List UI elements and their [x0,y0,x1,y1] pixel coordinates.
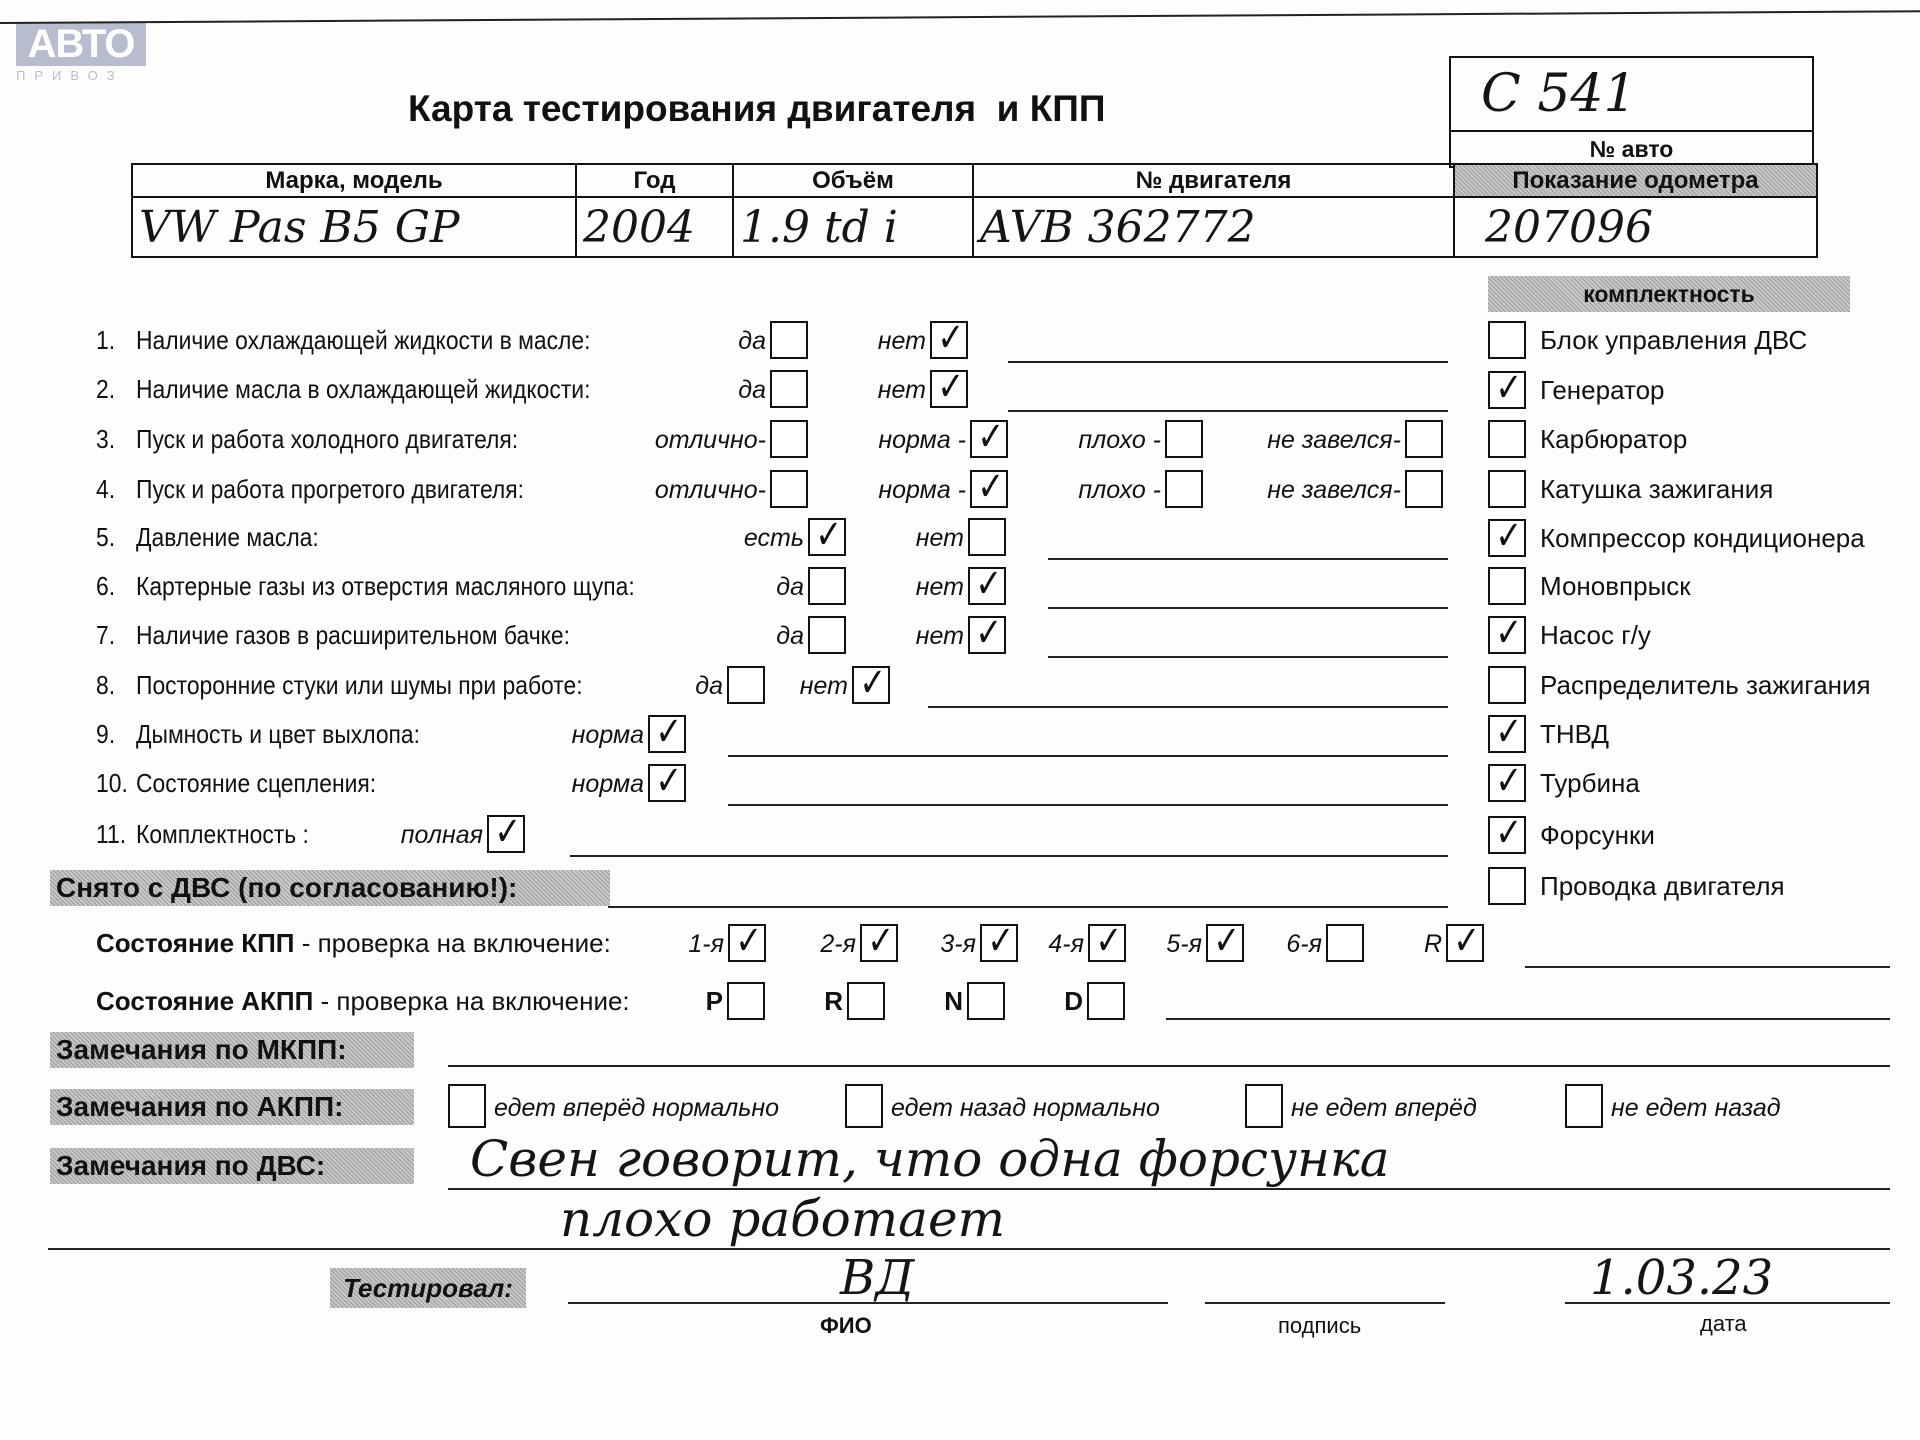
question-number: 5. [96,522,115,553]
value-odometer[interactable]: 207096 [1454,197,1817,257]
option-label: плохо - [1070,476,1161,505]
removed-input-line[interactable] [608,906,1448,908]
option-checkbox[interactable] [970,470,1008,508]
notes-line[interactable] [728,804,1448,806]
akpp-remark-checkbox[interactable] [1245,1084,1283,1128]
header-engine-number: № двигателя [973,164,1454,197]
completeness-item-label: Распределитель зажигания [1540,670,1871,701]
option-label: плохо - [1070,426,1161,455]
question-text: Наличие газов в расширительном бачке: [136,620,570,651]
option-checkbox[interactable] [770,370,808,408]
option-label: отлично- [640,426,766,455]
option-checkbox[interactable] [770,420,808,458]
tester-name-caption: ФИО [820,1313,872,1339]
gear-label: R [1400,930,1442,959]
question-number: 4. [96,474,115,505]
question-number: 1. [96,325,115,356]
notes-line[interactable] [1008,410,1448,412]
option-label: нет [900,573,964,602]
option-checkbox[interactable] [727,666,765,704]
option-checkbox[interactable] [1405,420,1443,458]
tester-name[interactable]: ВД [840,1250,914,1306]
question-number: 2. [96,374,115,405]
top-divider [0,10,1920,24]
mkpp-remarks-line[interactable] [448,1065,1890,1067]
question-text: Состояние сцепления: [136,768,376,799]
question-number: 3. [96,424,115,455]
removed-label: Снято с ДВС (по согласованию!): [50,870,610,906]
completeness-checkbox[interactable] [1488,371,1526,409]
option-label: да [760,573,804,602]
kpp-label: Состояние КПП - проверка на включение: [96,928,611,959]
header-make-model: Марка, модель [132,164,576,197]
question-number: 10. [96,768,128,799]
gear-checkbox[interactable] [1326,924,1364,962]
option-label: есть [728,524,804,553]
akpp-mode-checkbox[interactable] [967,982,1005,1020]
akpp-mode-checkbox[interactable] [727,982,765,1020]
completeness-item-label: Карбюратор [1540,424,1687,455]
akpp-mode-label: P [690,986,723,1017]
option-label: отлично- [640,476,766,505]
akpp-mode-label: R [810,986,843,1017]
date-line [1565,1302,1890,1304]
completeness-header: комплектность [1488,276,1850,312]
completeness-checkbox[interactable] [1488,470,1526,508]
option-label: норма [560,721,644,750]
gear-label: 2-я [800,930,856,959]
completeness-item-label: Компрессор кондиционера [1540,523,1865,554]
completeness-item-label: ТНВД [1540,719,1609,750]
option-checkbox[interactable] [808,567,846,605]
gear-label: 5-я [1160,930,1202,959]
option-label: не завелся- [1255,426,1401,455]
completeness-item-label: Форсунки [1540,820,1655,851]
option-label: да [660,672,723,701]
completeness-item-label: Генератор [1540,375,1665,406]
completeness-item-label: Катушка зажигания [1540,474,1773,505]
gear-label: 3-я [920,930,976,959]
option-label: нет [850,376,926,405]
akpp-remarks-label: Замечания по АКПП: [50,1089,414,1125]
signature-line[interactable] [1205,1302,1445,1304]
completeness-checkbox[interactable] [1488,567,1526,605]
question-text: Пуск и работа холодного двигателя: [136,424,518,455]
option-checkbox[interactable] [648,715,686,753]
gear-checkbox[interactable] [1088,924,1126,962]
option-label: нет [850,327,926,356]
kpp-label-rest: - проверка на включение: [295,928,611,958]
question-text: Комплектность : [136,819,309,850]
date-caption: дата [1700,1311,1747,1337]
option-checkbox[interactable] [808,518,846,556]
notes-line[interactable] [728,755,1448,757]
notes-line[interactable] [1048,607,1448,609]
header-volume: Объём [733,164,973,197]
option-checkbox[interactable] [770,470,808,508]
page-title: Карта тестирования двигателя и КПП [408,88,1105,130]
question-text: Наличие охлаждающей жидкости в масле: [136,325,590,356]
akpp-mode-label: N [930,986,963,1017]
option-checkbox[interactable] [1405,470,1443,508]
car-number-box: C 541 № авто [1449,56,1814,168]
akpp-label: Состояние АКПП - проверка на включение: [96,986,630,1017]
dvs-remarks-line1[interactable]: Свен говорит, что одна форсунка [470,1130,1390,1188]
tester-name-line [568,1302,1168,1304]
question-text: Пуск и работа прогретого двигателя: [136,474,524,505]
completeness-checkbox[interactable] [1488,321,1526,359]
question-number: 9. [96,719,115,750]
header-odometer: Показание одометра [1454,164,1817,197]
question-text: Дымность и цвет выхлопа: [136,719,420,750]
akpp-remark-checkbox[interactable] [448,1084,486,1128]
question-number: 8. [96,670,115,701]
question-number: 6. [96,571,115,602]
completeness-item-label: Насос г/у [1540,620,1651,651]
option-checkbox[interactable] [968,518,1006,556]
option-checkbox[interactable] [968,567,1006,605]
question-text: Давление масла: [136,522,319,553]
akpp-label-bold: Состояние АКПП [96,986,313,1016]
option-checkbox[interactable] [1165,420,1203,458]
header-year: Год [576,164,733,197]
value-year[interactable]: 2004 [576,197,733,257]
completeness-checkbox[interactable] [1488,666,1526,704]
option-label: норма - [860,476,966,505]
gear-label: 6-я [1280,930,1322,959]
gear-checkbox[interactable] [728,924,766,962]
completeness-checkbox[interactable] [1488,420,1526,458]
brand-logo-subtitle: ПРИВОЗ [16,68,150,83]
question-text: Наличие масла в охлаждающей жидкости: [136,374,590,405]
test-date[interactable]: 1.03.23 [1590,1250,1773,1306]
dvs-remarks-label: Замечания по ДВС: [50,1148,414,1184]
option-label: да [700,327,766,356]
option-checkbox[interactable] [968,616,1006,654]
question-number: 7. [96,620,115,651]
completeness-item-label: Моновпрыск [1540,571,1691,602]
option-checkbox[interactable] [487,815,525,853]
akpp-notes-line[interactable] [1166,1018,1890,1020]
akpp-label-rest: - проверка на включение: [313,986,629,1016]
value-make-model[interactable]: VW Pas B5 GP [132,197,576,257]
option-checkbox[interactable] [970,420,1008,458]
akpp-remark-label: едет вперёд нормально [494,1094,779,1123]
akpp-mode-checkbox[interactable] [847,982,885,1020]
completeness-checkbox[interactable] [1488,867,1526,905]
tester-label: Тестировал: [330,1268,526,1308]
notes-line[interactable] [1048,656,1448,658]
option-label: да [760,622,804,651]
kpp-label-bold: Состояние КПП [96,928,295,958]
completeness-item-label: Проводка двигателя [1540,871,1785,902]
question-text: Посторонние стуки или шумы при работе: [136,670,583,701]
car-number-label: № авто [1451,132,1812,166]
kpp-notes-line[interactable] [1525,966,1890,968]
gear-label: 4-я [1040,930,1084,959]
value-engine-number[interactable]: AVB 362772 [973,197,1454,257]
option-label: норма [560,770,644,799]
option-label: не завелся- [1255,476,1401,505]
vehicle-info-table: Марка, модель Год Объём № двигателя Пока… [131,163,1818,258]
completeness-checkbox[interactable] [1488,816,1526,854]
option-checkbox[interactable] [930,370,968,408]
car-number-value[interactable]: C 541 [1451,58,1812,132]
mkpp-remarks-label: Замечания по МКПП: [50,1032,414,1068]
akpp-mode-checkbox[interactable] [1087,982,1125,1020]
option-label: нет [778,672,848,701]
option-checkbox[interactable] [648,764,686,802]
option-label: да [700,376,766,405]
akpp-remark-label: не едет вперёд [1291,1094,1477,1123]
option-checkbox[interactable] [808,616,846,654]
gear-checkbox[interactable] [980,924,1018,962]
option-checkbox[interactable] [1165,470,1203,508]
completeness-checkbox[interactable] [1488,764,1526,802]
completeness-checkbox[interactable] [1488,519,1526,557]
option-label: полная [392,821,483,850]
option-label: нет [900,524,964,553]
akpp-remark-label: едет назад нормально [891,1094,1160,1123]
option-label: норма - [860,426,966,455]
dvs-remarks-line2[interactable]: плохо работает [560,1190,1005,1248]
option-label: нет [900,622,964,651]
completeness-item-label: Турбина [1540,768,1640,799]
notes-line[interactable] [928,706,1448,708]
gear-checkbox[interactable] [1446,924,1484,962]
akpp-remark-checkbox[interactable] [1565,1084,1603,1128]
option-checkbox[interactable] [930,321,968,359]
completeness-item-label: Блок управления ДВС [1540,325,1807,356]
question-number: 11. [96,819,126,850]
option-checkbox[interactable] [770,321,808,359]
brand-logo: АВТО [16,22,146,66]
gear-checkbox[interactable] [860,924,898,962]
akpp-remark-checkbox[interactable] [845,1084,883,1128]
signature-caption: подпись [1278,1313,1361,1339]
notes-line[interactable] [1048,558,1448,560]
question-text: Картерные газы из отверстия масляного щу… [136,571,635,602]
akpp-remark-label: не едет назад [1611,1094,1781,1123]
completeness-checkbox[interactable] [1488,616,1526,654]
completeness-checkbox[interactable] [1488,715,1526,753]
value-volume[interactable]: 1.9 td i [733,197,973,257]
option-checkbox[interactable] [852,666,890,704]
gear-label: 1-я [650,930,724,959]
gear-checkbox[interactable] [1206,924,1244,962]
akpp-mode-label: D [1050,986,1083,1017]
notes-line[interactable] [1008,361,1448,363]
notes-line[interactable] [570,855,1448,857]
